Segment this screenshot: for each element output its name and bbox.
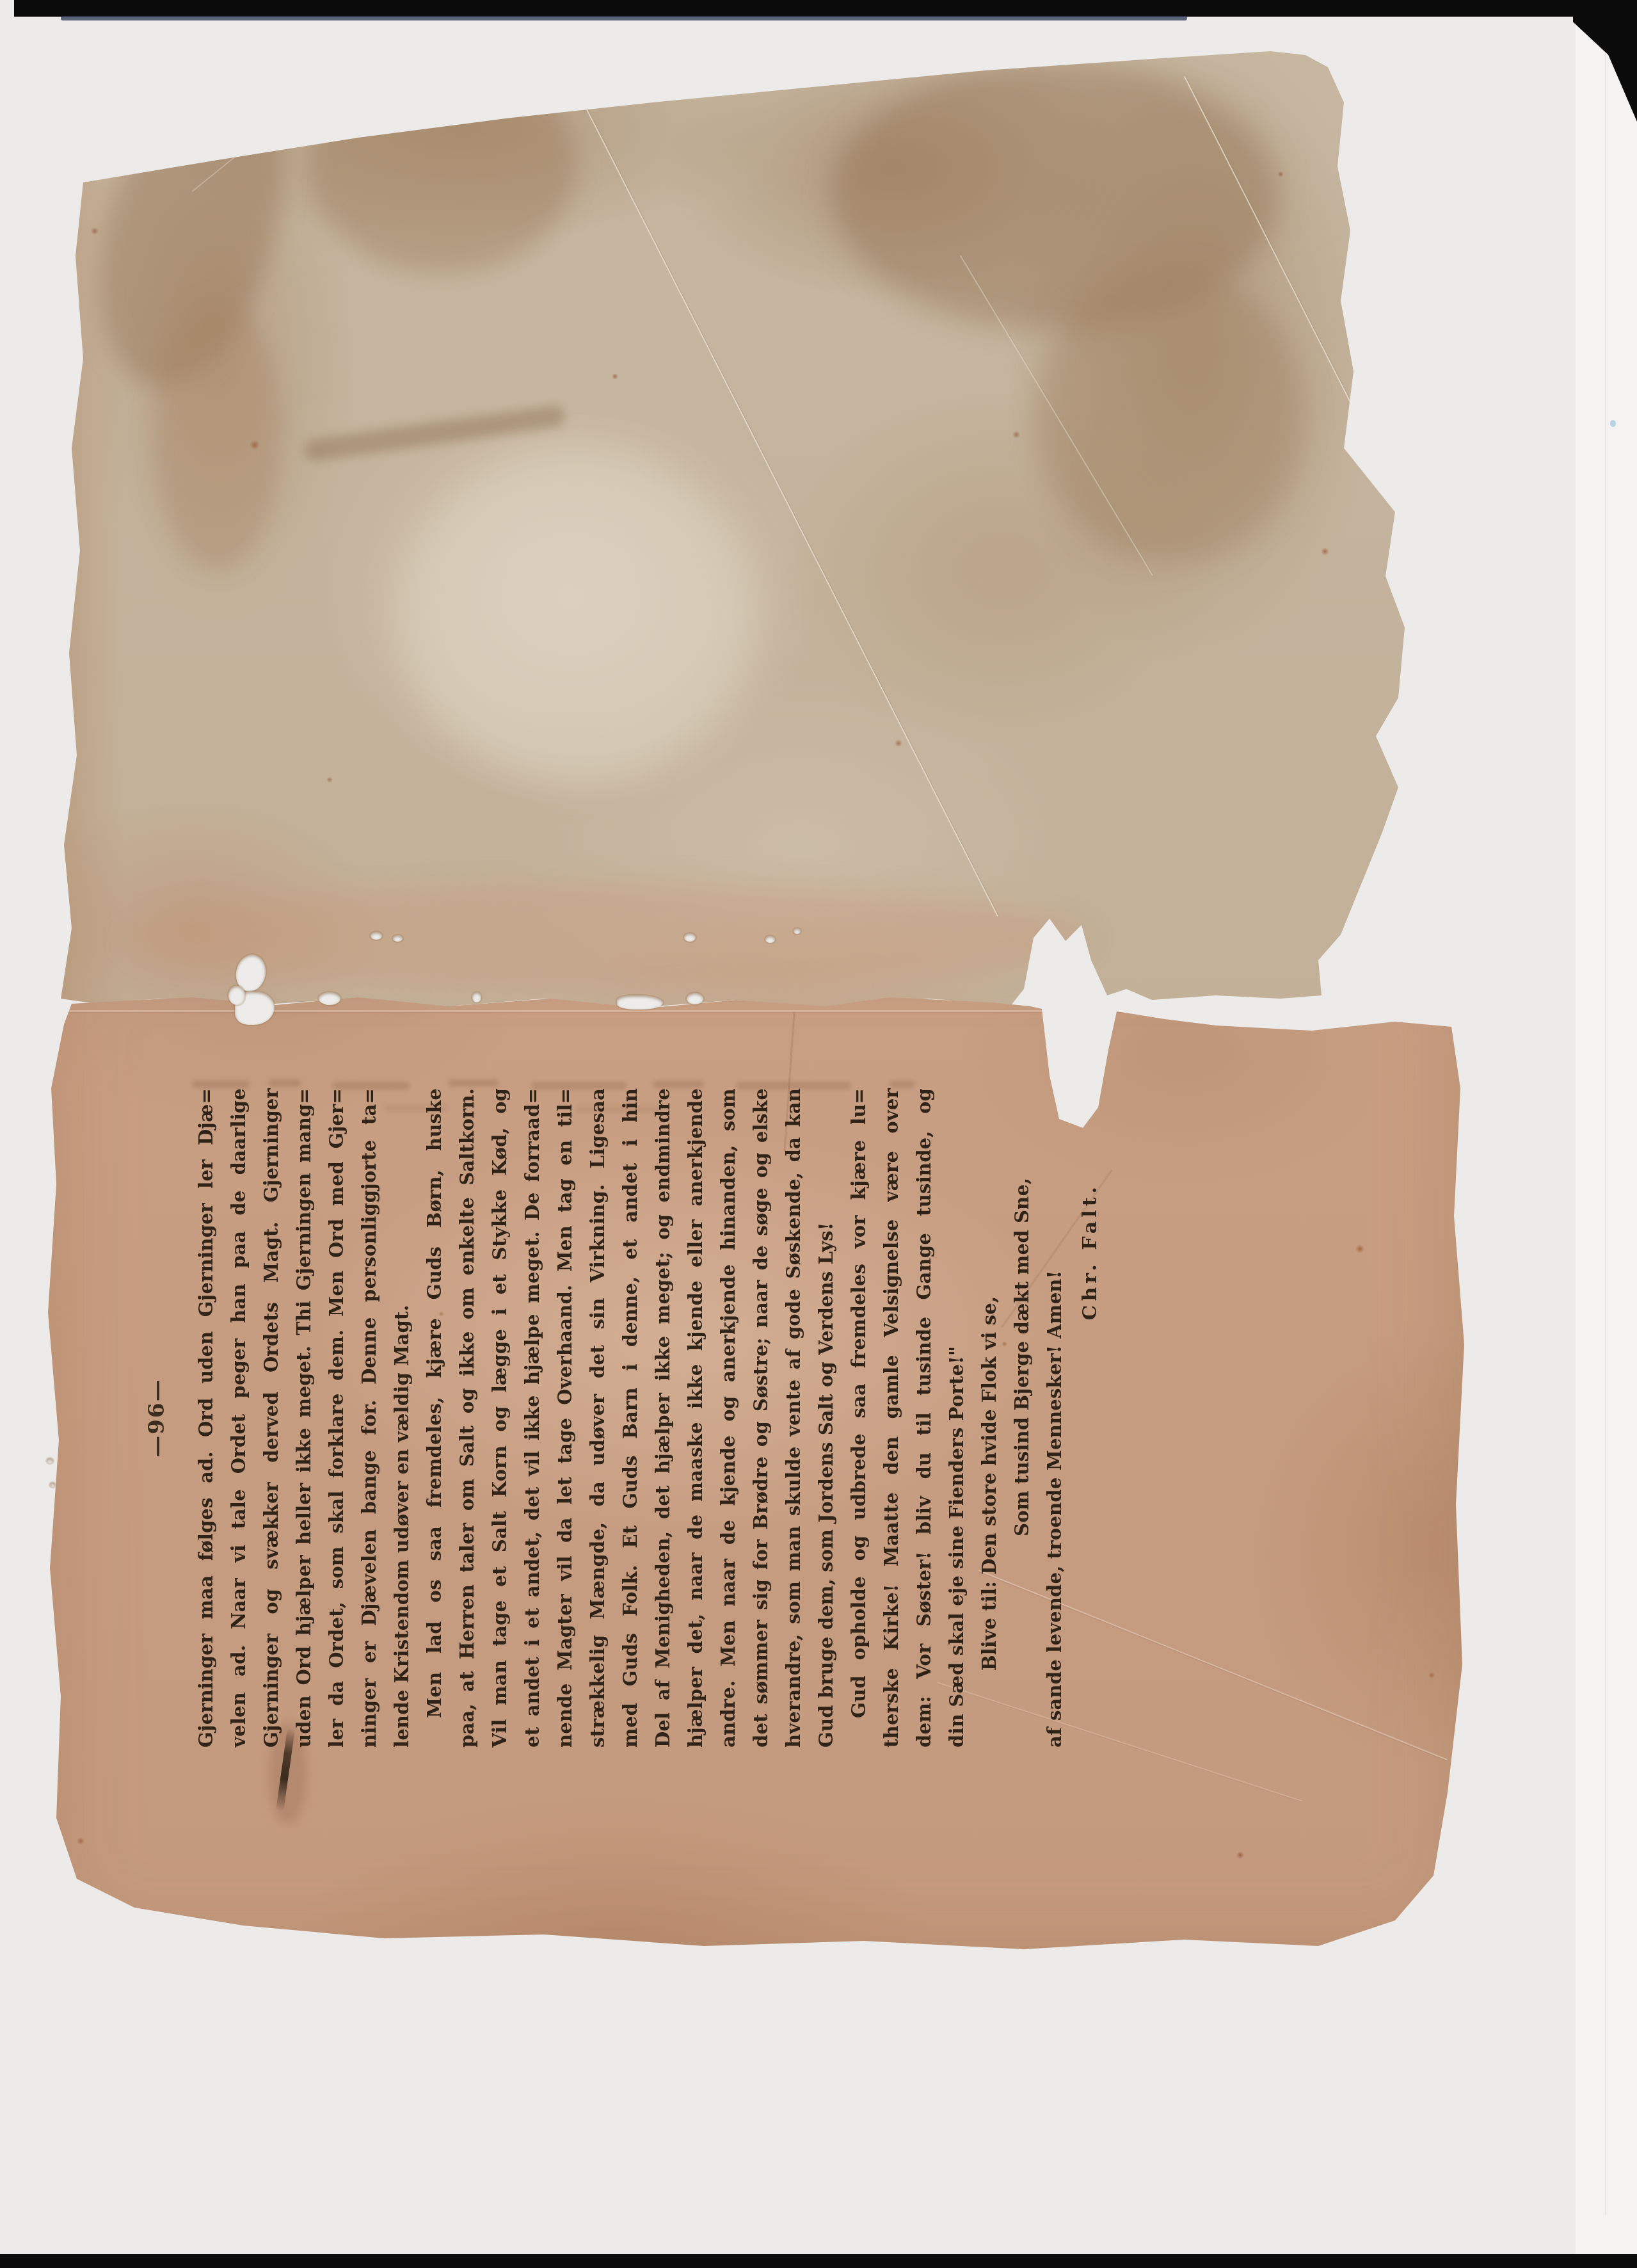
scan-edge-bottom (0, 2254, 1637, 2268)
text-line: uden Ord hjælper heller ikke meget. Thi … (288, 1088, 321, 1748)
water-stain (307, 61, 576, 272)
crease-line (960, 255, 1153, 576)
text-line: ninger er Djævelen bange for. Denne pers… (353, 1088, 386, 1748)
torn-hole (765, 936, 775, 943)
torn-hole (794, 928, 801, 934)
foxing-spot (250, 440, 260, 450)
text-line: Gjerninger maa følges ad. Ord uden Gjern… (190, 1088, 223, 1748)
torn-hole (393, 935, 403, 942)
water-stain (154, 301, 282, 570)
text-line: Del af Menigheden, det hjælper ikke mege… (647, 1088, 680, 1748)
text-line: Gjerninger og svækker derved Ordets Magt… (255, 1088, 288, 1748)
text-line: paa, at Herren taler om Salt og ikke om … (451, 1088, 484, 1748)
torn-hole (228, 986, 245, 1005)
foxing-spot (91, 227, 99, 235)
torn-hole (371, 932, 382, 940)
crease-line (1184, 76, 1355, 410)
light-wash-stain (397, 448, 755, 781)
text-line: din Sæd skal eje sine Fienders Porte!" (941, 1088, 973, 1748)
text-line: therske Kirke! Maatte den gamle Velsigne… (875, 1088, 908, 1748)
text-line: Men lad os saa fremdeles, kjære Guds Bør… (419, 1088, 451, 1748)
torn-hole (47, 1458, 53, 1463)
text-line: Som tusind Bjerge dækt med Sne, (1006, 1120, 1039, 1536)
water-stain (303, 405, 566, 463)
torn-hole (687, 993, 703, 1004)
text-line: velen ad. Naar vi tale Ordet peger han p… (223, 1088, 255, 1748)
text-line: med Guds Folk. Et Guds Barn i denne, et … (614, 1088, 647, 1748)
text-line: hverandre, som man skulde vente af gode … (778, 1088, 810, 1748)
text-line: Vil man tage et Salt Korn og lægge i et … (484, 1088, 516, 1748)
body-text-lines: Gjerninger maa følges ad. Ord uden Gjern… (190, 1088, 1071, 1748)
scanned-document: —96— Gjerninger maa følges ad. Ord uden … (0, 0, 1637, 2268)
text-line: ler da Ordet, som skal forklare dem. Men… (321, 1088, 353, 1748)
foxing-spot (1321, 547, 1329, 556)
rotated-text-region: —96— Gjerninger maa følges ad. Ord uden … (144, 1088, 1117, 1748)
foxing-spot (1277, 171, 1284, 177)
text-line: det sømmer sig for Brødre og Søstre; naa… (745, 1088, 778, 1748)
text-line: dem: Vor Søster! bliv du til tusinde Gan… (908, 1088, 941, 1748)
ink-bleed-mark (192, 1081, 250, 1088)
foxing-spot (1236, 1851, 1244, 1859)
torn-hole (319, 992, 340, 1005)
text-line: andre. Men naar de kjende og anerkjende … (712, 1088, 745, 1748)
scanner-right-margin (1576, 0, 1637, 2268)
text-line: hjælper det, naar de maaske ikke kjende … (680, 1088, 712, 1748)
water-stain (68, 42, 315, 406)
ink-bleed-mark (448, 1079, 499, 1087)
crease-line (576, 89, 998, 917)
torn-hole (472, 992, 481, 1002)
signature: Chr. Falt. (1079, 1088, 1101, 1748)
page-number: —96— (144, 1088, 173, 1748)
torn-hole (684, 933, 696, 942)
text-line: Gud opholde og udbrede saa fremdeles vor… (843, 1088, 875, 1748)
text-line: et andet i et andet, det vil ikke hjælpe… (516, 1088, 549, 1748)
water-stain (1037, 269, 1306, 563)
scanner-blue-speck (1610, 420, 1616, 427)
text-line: Blive til: Den store hvide Flok vi se, (973, 1178, 1006, 1671)
scanner-lid-line (1605, 38, 1606, 2215)
foxing-spot (1012, 431, 1020, 438)
text-line: af sande levende, troende Mennesker! Ame… (1039, 1088, 1071, 1748)
water-stain (128, 883, 1088, 992)
torn-hole (617, 995, 663, 1009)
ink-bleed-mark (653, 1081, 704, 1088)
scan-edge-navy-line (61, 16, 1187, 20)
foxing-spot (612, 373, 618, 380)
ink-bleed-mark (269, 1079, 301, 1087)
text-line: nende Magter vil da let tage Overhaand. … (549, 1088, 582, 1748)
foxing-spot (77, 1837, 84, 1845)
text-line: lende Kristendom udøver en vældig Magt. (386, 1088, 419, 1748)
foxing-spot (326, 776, 333, 783)
water-stain (832, 61, 1280, 330)
page-text-block: —96— Gjerninger maa følges ad. Ord uden … (144, 1088, 1117, 1748)
foxing-spot (1355, 1244, 1364, 1253)
scanned-back-page (58, 48, 1408, 1047)
torn-hole (50, 1483, 55, 1487)
foxing-spot (1428, 1672, 1435, 1678)
text-line: Gud bruge dem, som Jordens Salt og Verde… (810, 1088, 843, 1748)
ink-bleed-mark (890, 1081, 915, 1088)
foxing-spot (895, 739, 902, 747)
scanned-text-page: —96— Gjerninger maa følges ad. Ord uden … (45, 928, 1469, 1952)
scan-edge-top (14, 0, 1637, 17)
crease-line (191, 77, 333, 192)
text-line: strækkelig Mængde, da udøver det sin Vir… (582, 1088, 614, 1748)
